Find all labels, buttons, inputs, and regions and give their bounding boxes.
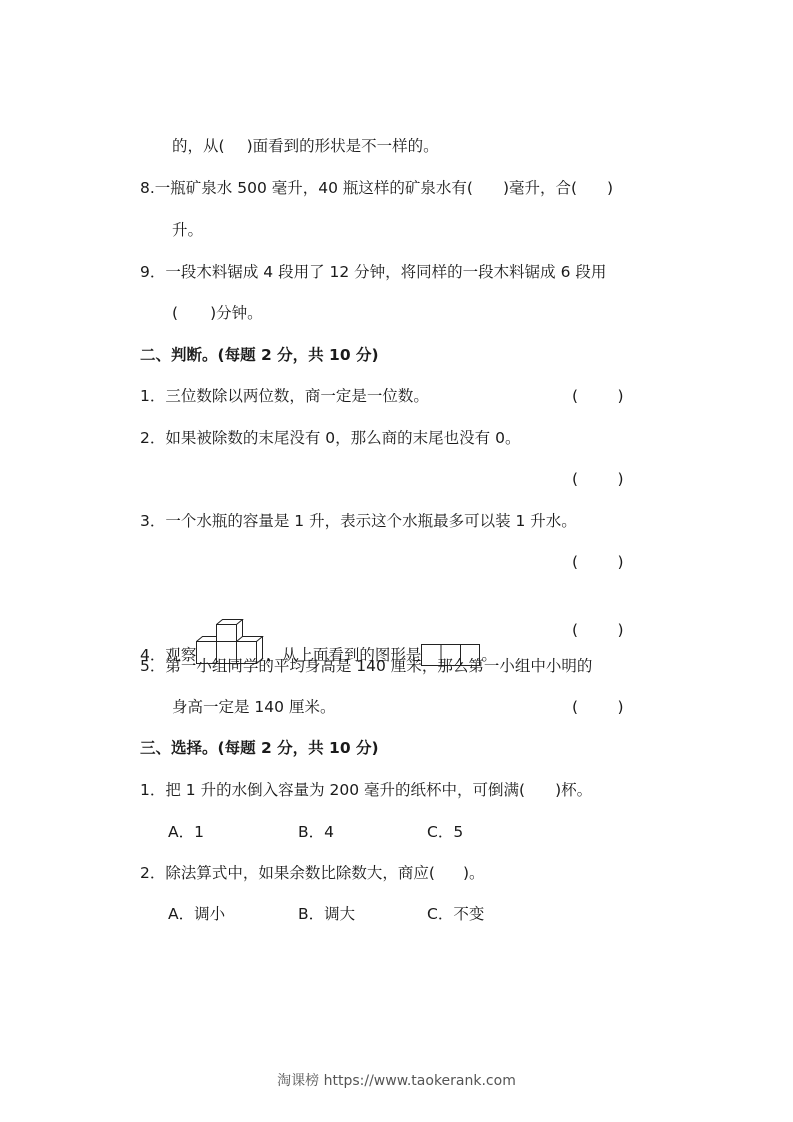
item-text-b: )。 [463,864,485,882]
option-c[interactable]: C．不变 [427,904,484,924]
item-number: 2． [140,429,165,447]
item-text: 如果被除数的末尾没有 0，那么商的末尾也没有 0。 [165,429,520,447]
option-c[interactable]: C．5 [427,822,463,842]
judge-item-5-line2: 身高一定是 140 厘米。 [172,697,335,717]
item-number: 2． [140,864,165,882]
q7-text-b: )面看到的形状是不一样的。 [247,137,439,155]
option-a[interactable]: A．调小 [168,904,225,924]
q8-text-a: 一瓶矿泉水 500 毫升，40 瓶这样的矿泉水有( [155,179,473,197]
q9-text-b: )分钟。 [210,304,263,322]
choice-item-2: 2．除法算式中，如果余数比除数大，商应()。 [140,863,485,883]
q9-paren-open: ( [172,304,178,322]
item-text: 三位数除以两位数，商一定是一位数。 [165,387,429,405]
q8-text-c: ) [607,179,613,197]
answer-blank[interactable]: ( ) [572,552,624,572]
q8-text-b: )毫升，合( [503,179,577,197]
option-b[interactable]: B．4 [298,822,334,842]
q9-line2: ()分钟。 [172,303,263,323]
q9-number: 9． [140,263,165,281]
footer-watermark: 淘课榜 https://www.taokerank.com [0,1070,793,1090]
option-b[interactable]: B．调大 [298,904,355,924]
answer-blank[interactable]: ( ) [572,620,624,640]
item-number: 1． [140,781,165,799]
judge-item-5-line1: 5．第一小组同学的平均身高是 140 厘米，那么第一小组中小明的 [140,656,592,676]
q8-line1: 8.一瓶矿泉水 500 毫升，40 瓶这样的矿泉水有()毫升，合() [140,178,613,198]
item-number: 5． [140,657,165,675]
judge-item-1: 1．三位数除以两位数，商一定是一位数。 [140,386,429,406]
q8-number: 8. [140,179,155,197]
judge-item-3: 3．一个水瓶的容量是 1 升，表示这个水瓶最多可以装 1 升水。 [140,511,577,531]
q9-line1: 9．一段木料锯成 4 段用了 12 分钟，将同样的一段木料锯成 6 段用 [140,262,606,282]
judge-item-2: 2．如果被除数的末尾没有 0，那么商的末尾也没有 0。 [140,428,520,448]
item-text: 一个水瓶的容量是 1 升，表示这个水瓶最多可以装 1 升水。 [165,512,576,530]
section3-heading: 三、选择。(每题 2 分，共 10 分) [140,738,379,758]
q7-tail: 的，从()面看到的形状是不一样的。 [172,136,439,156]
item-text: 第一小组同学的平均身高是 140 厘米，那么第一小组中小明的 [165,657,592,675]
item-text-a: 除法算式中，如果余数比除数大，商应( [165,864,435,882]
q8-line2: 升。 [172,220,203,240]
answer-blank[interactable]: ( ) [572,469,624,489]
answer-blank[interactable]: ( ) [572,386,624,406]
item-number: 3． [140,512,165,530]
q9-text: 一段木料锯成 4 段用了 12 分钟，将同样的一段木料锯成 6 段用 [165,263,606,281]
item-text-b: )杯。 [555,781,592,799]
section2-heading: 二、判断。(每题 2 分，共 10 分) [140,345,379,365]
choice-item-1: 1．把 1 升的水倒入容量为 200 毫升的纸杯中，可倒满()杯。 [140,780,592,800]
option-a[interactable]: A．1 [168,822,204,842]
answer-blank[interactable]: ( ) [572,697,624,717]
item-number: 1． [140,387,165,405]
q7-text-a: 的，从( [172,137,225,155]
item-text-a: 把 1 升的水倒入容量为 200 毫升的纸杯中，可倒满( [165,781,525,799]
